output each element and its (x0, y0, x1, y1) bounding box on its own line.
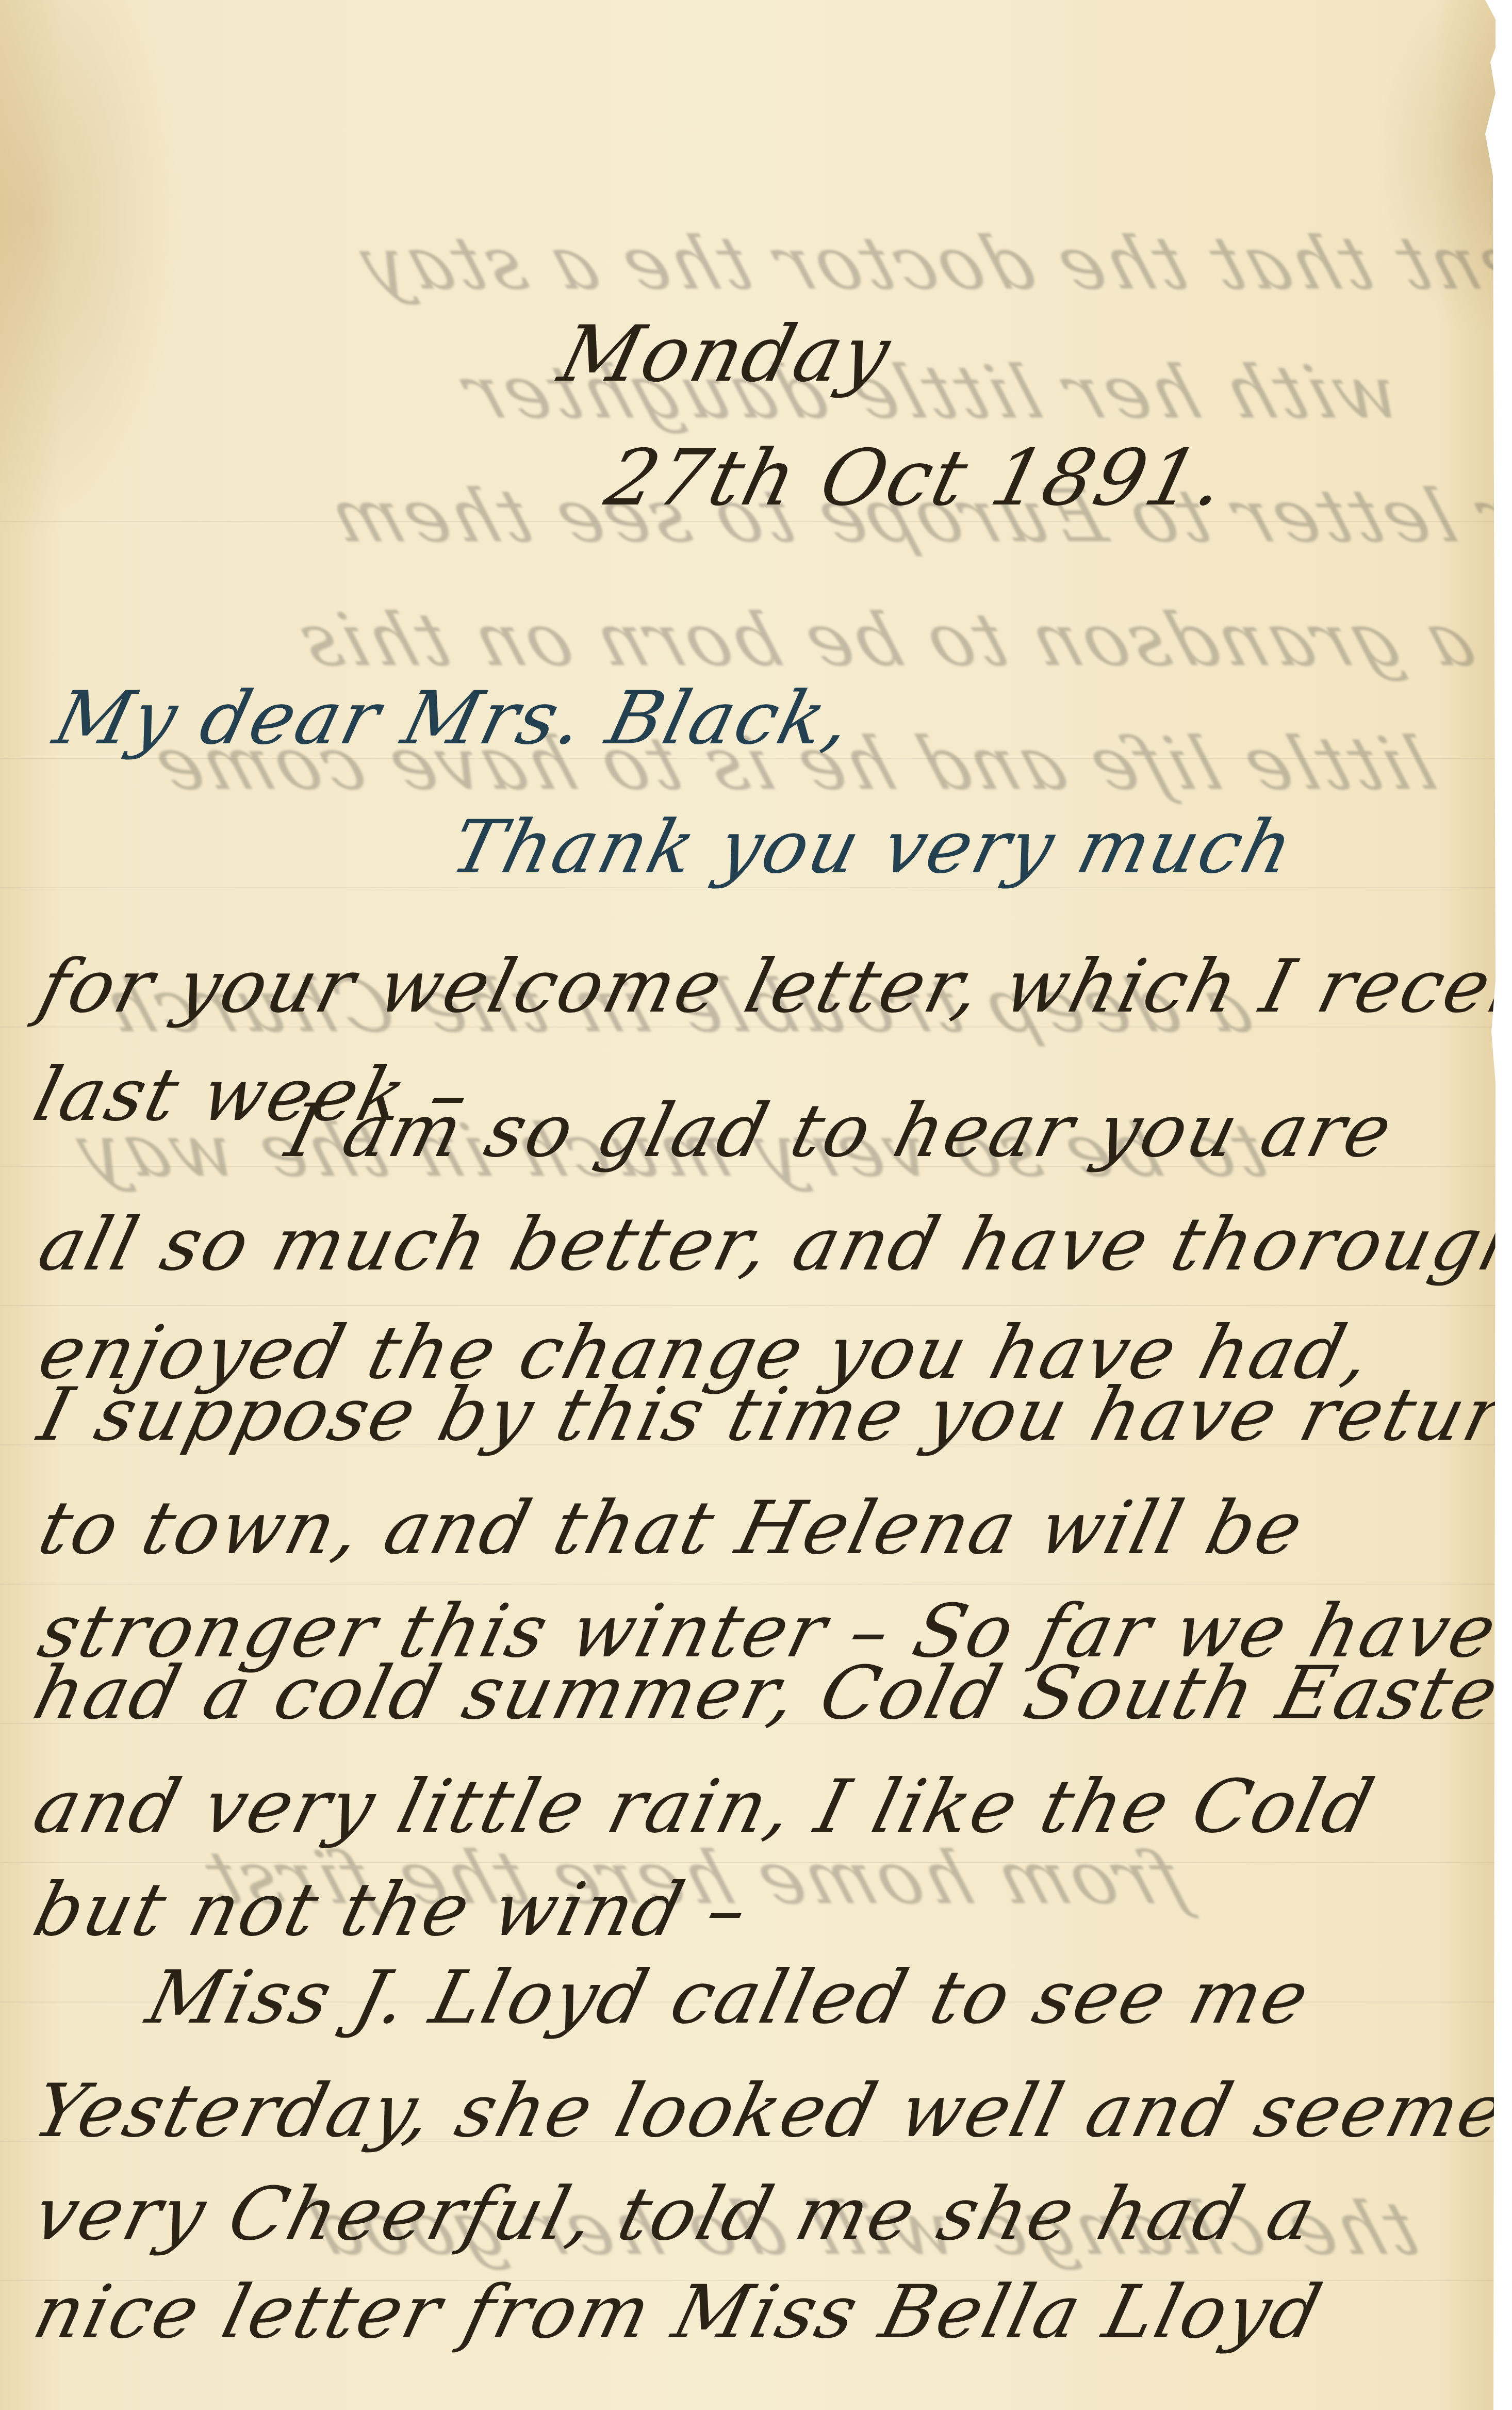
letter-line: all so much better, and have thoroughly (30, 1202, 1512, 1287)
letter-line: I am so glad to hear you are (278, 1088, 1402, 1174)
letter-line: but not the wind – (25, 1867, 758, 1952)
letter-line: and very little rain, I like the Cold (25, 1764, 1383, 1849)
letter-line: very Cheerful, told me she had a (25, 2172, 1325, 2257)
letter-day: Monday (551, 310, 900, 399)
bleed-through-text: a grandson to be born on this (286, 598, 1485, 682)
letter-line: nice letter from Miss Bella Lloyd (25, 2270, 1331, 2355)
letter-line: Thank you very much (443, 805, 1303, 890)
salutation: My dear Mrs. Black, (46, 676, 862, 761)
letter-line: Miss J. Lloyd called to see me (139, 1955, 1319, 2040)
ruled-line (0, 1584, 1495, 1585)
letter-line: I suppose by this time you have returned (30, 1372, 1512, 1457)
letter-date: 27th Oct 1891. (597, 433, 1236, 523)
letter-line: had a cold summer, Cold South Easters (25, 1651, 1512, 1736)
letter-line: Yesterday, she looked well and seemed (25, 2069, 1512, 2154)
letter-paper: Bent that the doctor the a stay with her… (0, 0, 1495, 2410)
letter-line: to town, and that Helena will be (30, 1486, 1313, 1571)
ruled-line (0, 1305, 1495, 1306)
bleed-through-text: Bent that the doctor the a stay (348, 222, 1512, 306)
letter-line: for your welcome letter, which I receive… (30, 944, 1512, 1029)
